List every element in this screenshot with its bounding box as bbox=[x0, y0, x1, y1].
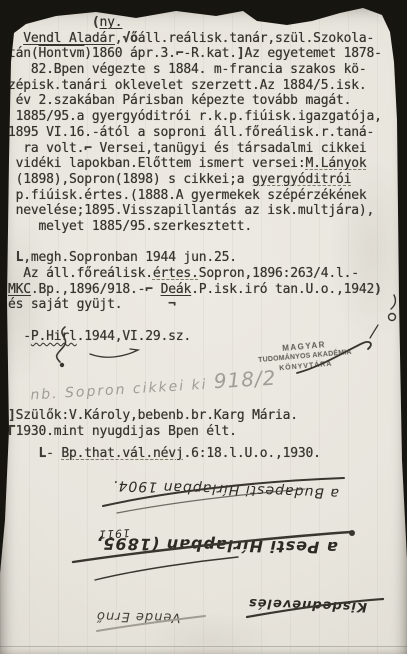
typed-line: melyet 1885/95.szerkesztett. bbox=[8, 219, 402, 235]
typed-segment: és saját gyüjt. bbox=[8, 297, 122, 312]
typed-segment: Sopron,1896:263/4.l.- bbox=[199, 266, 359, 281]
ink-blob bbox=[349, 530, 355, 536]
typed-line: MKC.Bp.,1896/918.-⌐ Deák.P.isk.iró tan.U… bbox=[8, 282, 402, 298]
typed-segment: .6:18.l.U.o.,1930. bbox=[183, 446, 320, 461]
typed-segment: gyergyóditrói bbox=[252, 172, 351, 187]
typed-segment bbox=[153, 282, 161, 297]
typed-segment: nevelése;1895.Visszapillantás az isk.mul… bbox=[8, 203, 374, 218]
typed-segment: .Bp.,1896/918.- bbox=[31, 282, 145, 297]
hand-correction-mark: ⌐ bbox=[84, 141, 92, 156]
typed-line: év 2.szakában Párisban képezte tovább ma… bbox=[8, 93, 402, 109]
index-card: (ny. Vendl Aladár,√őáll.reálisk.tanár,sz… bbox=[0, 0, 407, 654]
typed-segment: ra volt. bbox=[8, 141, 84, 156]
typed-line: (1898),Sopron(1898) s cikkei;a gyergyódi… bbox=[8, 172, 402, 188]
typed-segment: Bp.that.vál.névj bbox=[61, 446, 183, 461]
handwritten-note-crossed-out: Kisdednevelés bbox=[248, 595, 368, 614]
typed-segment: M.Lányok bbox=[305, 156, 366, 171]
typed-line: 1895 VI.16.-ától a soproni áll.főreálisk… bbox=[8, 125, 402, 141]
typed-segment bbox=[8, 15, 92, 30]
typed-segment bbox=[8, 31, 23, 46]
typed-line: tán(Hontvm)1860 ápr.3.⌐-R.kat.]Az egyete… bbox=[8, 46, 402, 62]
typed-segment: p.fiúisk.értes.(1888.A gyermekek szépérz… bbox=[8, 188, 366, 203]
typed-line: L,megh.Sopronban 1944 jun.25. bbox=[8, 250, 402, 266]
typed-segment: értes. bbox=[153, 266, 199, 281]
typed-line bbox=[8, 235, 402, 251]
typed-segment: (1898),Sopron(1898) s cikkei;a bbox=[8, 172, 252, 187]
typed-segment: ny. bbox=[100, 15, 123, 30]
typed-line: ra volt.⌐ Versei,tanügyi és társadalmi c… bbox=[8, 141, 402, 157]
typed-segment: 1895 VI.16.-ától a soproni áll.főreálisk… bbox=[8, 125, 374, 140]
typed-segment: - bbox=[46, 446, 61, 461]
typed-segment bbox=[122, 297, 168, 312]
hand-correction-mark: ¬ bbox=[168, 297, 176, 312]
hand-correction-mark: ⌐ bbox=[145, 282, 153, 297]
typed-line: (ny. bbox=[8, 15, 402, 31]
strike-line bbox=[95, 557, 238, 580]
typed-segment: -R.kat. bbox=[183, 46, 236, 61]
hand-correction-mark: Γ bbox=[8, 424, 16, 439]
typed-segment bbox=[8, 250, 16, 265]
typed-segment: - bbox=[8, 329, 31, 344]
typed-segment: Hontvm bbox=[39, 46, 85, 61]
typed-line: p.fiúisk.értes.(1888.A gyermekek szépérz… bbox=[8, 188, 402, 204]
typed-segment: 1885/95.a gyergyóditrói r.k.p.fiúisk.iga… bbox=[8, 109, 382, 124]
typed-segment: tán( bbox=[8, 46, 39, 61]
typed-line: Γ1930.mint nyugdijas Bpen élt. bbox=[8, 424, 402, 440]
typed-segment: .P.isk.iró tan.U.o.,1942 bbox=[191, 282, 374, 297]
handwritten-year-note: 1911 bbox=[98, 526, 131, 541]
typed-segment: Deák bbox=[161, 282, 192, 297]
typed-segment: 1930.mint nyugdijas Bpen élt. bbox=[16, 424, 237, 439]
typed-line: 1885/95.a gyergyóditrói r.k.p.fiúisk.iga… bbox=[8, 109, 402, 125]
typed-line: zépisk.tanári oklevelet szerzett.Az 1884… bbox=[8, 78, 402, 94]
typed-segment: 82.Bpen végezte s 1884. m-francia szakos… bbox=[8, 62, 366, 77]
typed-segment: zépisk.tanári oklevelet szerzett.Az 1884… bbox=[8, 78, 366, 93]
typed-line: L- Bp.that.vál.névj.6:18.l.U.o.,1930. bbox=[8, 446, 402, 462]
typed-segment bbox=[8, 313, 16, 328]
hand-correction-mark: ) bbox=[374, 282, 382, 297]
typed-line: ]Szülők:V.Károly,bebenb.br.Karg Mária. bbox=[8, 408, 402, 424]
typed-segment: )1860 ápr.3. bbox=[84, 46, 176, 61]
typed-line: Vendl Aladár,√őáll.reálisk.tanár,szül.Sz… bbox=[8, 31, 402, 47]
typed-segment: áll.reálisk.tanár,szül.Szokola- bbox=[138, 31, 374, 46]
typed-segment: vidéki lapokban.Előttem ismert versei: bbox=[8, 156, 305, 171]
hand-correction-mark: √ő bbox=[122, 31, 137, 46]
typed-segment: év 2.szakában Párisban képezte tovább ma… bbox=[8, 93, 351, 108]
typed-line: nevelése;1895.Visszapillantás az isk.mul… bbox=[8, 203, 402, 219]
hand-correction-mark: L bbox=[39, 446, 47, 461]
handwritten-note-crossed-out: a Budapesti Hírlapban 1904. bbox=[108, 477, 343, 501]
typed-segment: Szülők:V.Károly,bebenb.br.Karg Mária. bbox=[16, 408, 298, 423]
hand-correction-mark: ( bbox=[92, 15, 100, 30]
pencil-note-number: 918/2 bbox=[213, 366, 277, 394]
typed-line: Az áll.főreálisk.értes.Sopron,1896:263/4… bbox=[8, 266, 402, 282]
typed-line: és saját gyüjt. ¬ bbox=[8, 297, 402, 313]
scanned-card-image: (ny. Vendl Aladár,√őáll.reálisk.tanár,sz… bbox=[0, 0, 407, 654]
hand-correction-mark: ] bbox=[8, 408, 16, 423]
typed-segment: Az áll.főreálisk. bbox=[8, 266, 153, 281]
handwritten-name-crossed-out: Vende Ernő bbox=[96, 608, 181, 624]
typed-segment: P.Hirl bbox=[31, 329, 77, 344]
typed-segment bbox=[8, 235, 16, 250]
typed-segment: Versei,tanügyi és társadalmi cikkei bbox=[92, 141, 367, 156]
typed-segment: ,megh.Sopronban 1944 jun.25. bbox=[23, 250, 237, 265]
typed-segment: .1944,VI.29.sz. bbox=[77, 329, 191, 344]
typed-segment: Az egyetemet 1878- bbox=[244, 46, 381, 61]
typed-segment bbox=[8, 446, 39, 461]
typed-line: vidéki lapokban.Előttem ismert versei:M.… bbox=[8, 156, 402, 172]
typed-segment: MKC bbox=[8, 282, 31, 297]
typed-segment: Vendl Aladár bbox=[23, 31, 115, 46]
typed-segment: melyet 1885/95.szerkesztett. bbox=[8, 219, 252, 234]
typed-line bbox=[8, 313, 402, 329]
typed-line: 82.Bpen végezte s 1884. m-francia szakos… bbox=[8, 62, 402, 78]
fold-line bbox=[0, 646, 407, 647]
